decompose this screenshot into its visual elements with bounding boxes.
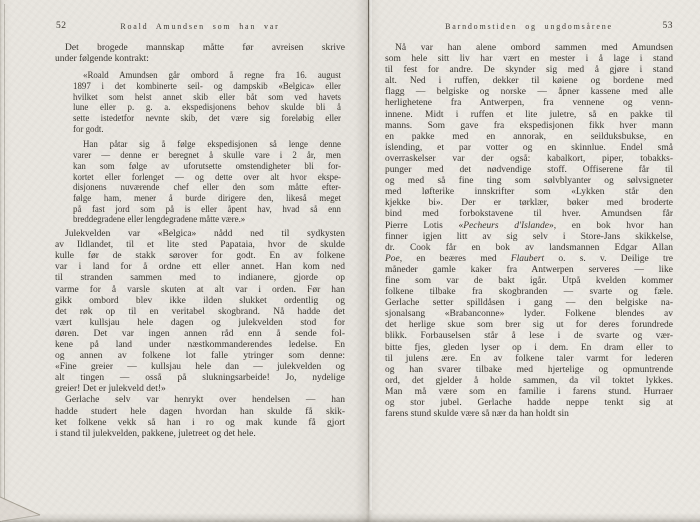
right-page: Barndomstiden og ungdomsårene 53 Nå var … bbox=[368, 0, 700, 522]
quote-paragraph: «Roald Amundsen går ombord å regne fra 1… bbox=[73, 70, 341, 134]
text-line: følge ham, mener å burde dirigere den, l… bbox=[73, 193, 341, 204]
text-line: islending, et par votter og en skinnlue.… bbox=[385, 143, 673, 154]
text-line: til stranden sammen med to indianere, gj… bbox=[55, 273, 345, 284]
right-page-number: 53 bbox=[663, 21, 674, 31]
text-line: gikk ombord blev ikke ilden slukket orde… bbox=[55, 296, 345, 307]
body-paragraph: Nå var han alene ombord sammen med Amund… bbox=[385, 43, 673, 420]
text-line: Man må være som en familie i farens stun… bbox=[385, 387, 673, 398]
left-running-head: 52 Roald Amundsen som han var bbox=[55, 22, 345, 35]
text-line: som hele sitt liv har vært en mester i å… bbox=[385, 54, 673, 65]
text-line: flagg — belgiske og norske — åpner kasse… bbox=[385, 87, 673, 98]
text-line: det herlige skue som brer sig ut for der… bbox=[385, 320, 673, 331]
text-line: lune eller p. g. a. ekspedisjonens behov… bbox=[73, 102, 341, 113]
text-line: med løfterike innskrifter som «Lykken st… bbox=[385, 187, 673, 198]
text-line: Han påtar sig å følge ekspedisjonen så l… bbox=[73, 139, 341, 150]
text-line: herlighetene fra Antwerpen, fra vennene … bbox=[385, 98, 673, 109]
text-line: bind med forbokstavene til hver. Amundse… bbox=[385, 209, 673, 220]
text-line: finner igjen litt av sig selv i Store-Ja… bbox=[385, 232, 673, 243]
text-line: og stor jubel. Gerlache hadde neppe tenk… bbox=[385, 398, 673, 409]
text-line: Det brogede mannskap måtte før avreisen … bbox=[55, 43, 345, 54]
text-line: Gerlache setter spilldåsen i gang — den … bbox=[385, 298, 673, 309]
text-line: blikk. Forbauselsen står å lese i de sva… bbox=[385, 331, 673, 342]
text-line: til fest for andre. De skynder sig med å… bbox=[385, 65, 673, 76]
text-line: og annen av folkene lot falle ytringer s… bbox=[55, 351, 345, 362]
right-text-block: Barndomstiden og ungdomsårene 53 Nå var … bbox=[385, 22, 673, 420]
text-line: hvilket som helst annet skib eller båt s… bbox=[73, 92, 341, 103]
text-line: Gerlache selv var henrykt over hendelsen… bbox=[55, 395, 345, 406]
text-line: varer — denne er beregnet å skulle vare … bbox=[73, 150, 341, 161]
text-line: dr. Cook får en bok av landsmannen Edgar… bbox=[385, 243, 673, 254]
text-line: Pierre Lotis «Pecheurs d'Islande», en bo… bbox=[385, 221, 673, 232]
text-line: breddegradene eller lengdegradene måtte … bbox=[73, 214, 341, 225]
left-page: 52 Roald Amundsen som han var Det broged… bbox=[0, 0, 368, 522]
text-line: var i land for å ordne ett eller annet. … bbox=[55, 262, 345, 273]
text-line: overraskelser var der også: kabalkort, p… bbox=[385, 154, 673, 165]
text-line: døren. Det var ingen annen råd enn å sen… bbox=[55, 329, 345, 340]
text-line: 1897 i det kombinerte seil- og dampskib … bbox=[73, 81, 341, 92]
text-line: for godt. bbox=[73, 124, 341, 135]
text-line: varme for å varsle skuten at alt var i o… bbox=[55, 285, 345, 296]
text-line: kortet eller forlenget — og dette over a… bbox=[73, 172, 341, 183]
text-line: innene. Midt i ruffen et lite juletre, s… bbox=[385, 110, 673, 121]
body-paragraph: Det brogede mannskap måtte før avreisen … bbox=[55, 43, 345, 65]
book-scan: 52 Roald Amundsen som han var Det broged… bbox=[0, 0, 700, 522]
text-line: alt tingen — osså på slukningsarbeide! J… bbox=[55, 373, 345, 384]
left-running-title: Roald Amundsen som han var bbox=[55, 22, 345, 31]
left-page-number: 52 bbox=[56, 21, 67, 31]
text-line: av Ildlandet, til et lite sted Papataia,… bbox=[55, 240, 345, 251]
text-line: til julens ære. En av folkene taler varm… bbox=[385, 354, 673, 365]
right-running-head: Barndomstiden og ungdomsårene 53 bbox=[385, 22, 673, 35]
text-line: «Fine greier — kullsjau hele dan — julek… bbox=[55, 362, 345, 373]
text-line: under følgende kontrakt: bbox=[55, 54, 345, 65]
text-line: hadde studert hele dagen hvordan han sku… bbox=[55, 407, 345, 418]
text-line: vært kullsjau hele dagen og julekvelden … bbox=[55, 318, 345, 329]
body-paragraph: Julekvelden var «Belgica» nådd ned til s… bbox=[55, 229, 345, 395]
text-line: og han svarer tilbake med hjertelige og … bbox=[385, 365, 673, 376]
text-line: Poe, en beæres med Flaubert o. s. v. Dei… bbox=[385, 254, 673, 265]
left-text-block: 52 Roald Amundsen som han var Det broged… bbox=[55, 22, 345, 440]
text-line: bitte fjes, gleden lyser op i dem. En dr… bbox=[385, 343, 673, 354]
text-line: Julekvelden var «Belgica» nådd ned til s… bbox=[55, 229, 345, 240]
text-line: punger med det nødvendige stoff. Offiser… bbox=[385, 165, 673, 176]
text-line: disjonens nuværende chef eller den som m… bbox=[73, 182, 341, 193]
text-line: sjonalsang «Brabanconne» lyder. Folkene … bbox=[385, 309, 673, 320]
left-page-body: Det brogede mannskap måtte før avreisen … bbox=[55, 43, 345, 440]
text-line: greier! Det er julekveld det!» bbox=[55, 384, 345, 395]
right-page-body: Nå var han alene ombord sammen med Amund… bbox=[385, 43, 673, 420]
text-line: kulle før de stakk sørover for godt. En … bbox=[55, 251, 345, 262]
text-line: på fast jord som på is eller åpent hav, … bbox=[73, 204, 341, 215]
text-line: manns. Som gave fra ekspedisjonen fikk h… bbox=[385, 121, 673, 132]
text-line: ket folkene vekk så han i ro og mak kund… bbox=[55, 418, 345, 429]
text-line: kan som følge av uforutsette omstendighe… bbox=[73, 161, 341, 172]
text-line: folkene tilbake fra skogbranden — svarte… bbox=[385, 287, 673, 298]
text-line: det røk op til en veritabel skogbrand. N… bbox=[55, 307, 345, 318]
text-line: kjekke bi». Der er tørklær, bøker med br… bbox=[385, 198, 673, 209]
text-line: ord, det gjelder å holde sammen, da vil … bbox=[385, 376, 673, 387]
right-running-title: Barndomstiden og ungdomsårene bbox=[385, 22, 673, 31]
text-line: Nå var han alene ombord sammen med Amund… bbox=[385, 43, 673, 54]
body-paragraph: Gerlache selv var henrykt over hendelsen… bbox=[55, 395, 345, 439]
quote-paragraph: Han påtar sig å følge ekspedisjonen så l… bbox=[73, 139, 341, 225]
text-line: og med så fine ting som sølvblyanter og … bbox=[385, 176, 673, 187]
text-line: alt. Ned i ruffen, dekker til køiene og … bbox=[385, 76, 673, 87]
text-line: sette istedetfor nevnte skib, det være s… bbox=[73, 113, 341, 124]
text-line: fine som var de bakt igår. Utpå kvelden … bbox=[385, 276, 673, 287]
text-line: farens stund skulde være så nær da han h… bbox=[385, 409, 673, 420]
text-line: «Roald Amundsen går ombord å regne fra 1… bbox=[73, 70, 341, 81]
text-line: måneder gamle kaker fra Antwerpen server… bbox=[385, 265, 673, 276]
text-line: en pakke med en annorak, en seilduksbuks… bbox=[385, 132, 673, 143]
text-line: kene på land under næstkommanderendes le… bbox=[55, 340, 345, 351]
text-line: i stand til julekvelden, pakkene, juletr… bbox=[55, 429, 345, 440]
